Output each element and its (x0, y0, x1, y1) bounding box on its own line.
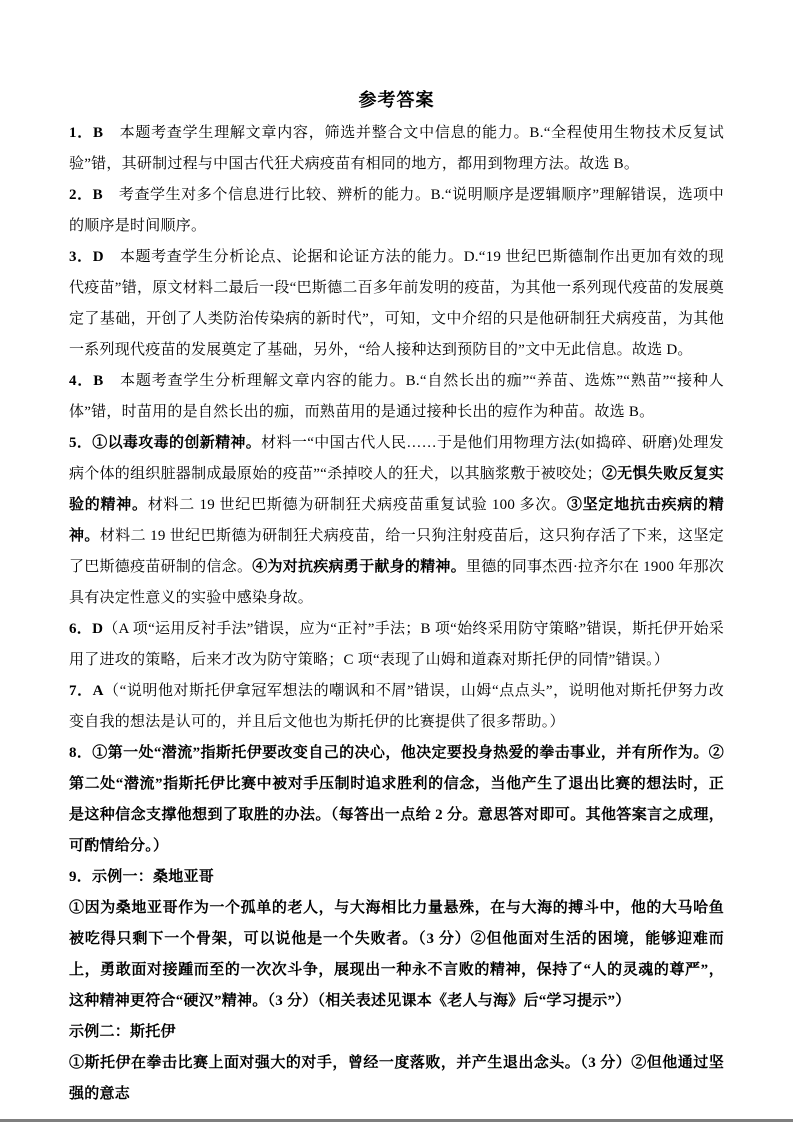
document-page: 参考答案 1．B 本题考查学生理解文章内容，筛选并整合文中信息的能力。B.“全程… (0, 0, 793, 1122)
answer-paragraph: 2．B 考查学生对多个信息进行比较、辨析的能力。B.“说明顺序是逻辑顺序”理解错… (69, 180, 724, 242)
answer-paragraph: 8．①第一处“潜流”指斯托伊要改变自己的决心，他决定要投身热爱的拳击事业，并有所… (69, 738, 724, 862)
bold-text-run: ①因为桑地亚哥作为一个孤单的老人，与大海相比力量悬殊，在与大海的搏斗中，他的大马… (69, 900, 724, 1009)
answer-paragraph: ①因为桑地亚哥作为一个孤单的老人，与大海相比力量悬殊，在与大海的搏斗中，他的大马… (69, 893, 724, 1017)
answer-paragraph: 9．示例一：桑地亚哥 (69, 862, 724, 893)
answer-paragraph: 6．D（A 项“运用反衬手法”错误，应为“正衬”手法；B 项“始终采用防守策略”… (69, 614, 724, 676)
answer-paragraph: 3．D 本题考查学生分析论点、论据和论证方法的能力。D.“19 世纪巴斯德制作出… (69, 242, 724, 366)
text-run: 本题考查学生分析论点、论据和论证方法的能力。D.“19 世纪巴斯德制作出更加有效… (69, 249, 724, 358)
text-run: （“说明他对斯托伊拿冠军想法的嘲讽和不屑”错误，山姆“点点头”，说明他对斯托伊努… (69, 683, 724, 730)
bold-text-run: 3．D (69, 249, 104, 265)
bold-text-run: 4．B (69, 373, 104, 389)
document-body: 1．B 本题考查学生理解文章内容，筛选并整合文中信息的能力。B.“全程使用生物技… (69, 118, 724, 1110)
answer-paragraph: 5．①以毒攻毒的创新精神。材料一“中国古代人民……于是他们用物理方法(如捣碎、研… (69, 428, 724, 614)
document-title: 参考答案 (69, 88, 724, 112)
bold-text-run: 6．D (69, 621, 103, 637)
text-run: 本题考查学生理解文章内容，筛选并整合文中信息的能力。B.“全程使用生物技术反复试… (69, 125, 724, 172)
bold-text-run: 9．示例一：桑地亚哥 (69, 869, 214, 885)
bold-text-run: ④为对抗疾病勇于献身的精神。 (252, 559, 466, 575)
text-run: （A 项“运用反衬手法”错误，应为“正衬”手法；B 项“始终采用防守策略”错误，… (69, 621, 724, 668)
answer-paragraph: 7．A（“说明他对斯托伊拿冠军想法的嘲讽和不屑”错误，山姆“点点头”，说明他对斯… (69, 676, 724, 738)
bold-text-run: 1．B (69, 125, 103, 141)
bold-text-run: 5．①以毒攻毒的创新精神。 (69, 435, 261, 451)
answer-paragraph: 1．B 本题考查学生理解文章内容，筛选并整合文中信息的能力。B.“全程使用生物技… (69, 118, 724, 180)
text-run: 材料二 19 世纪巴斯德为研制狂犬病疫苗重复试验 100 多次。 (148, 497, 567, 513)
bold-text-run: 8．①第一处“潜流”指斯托伊要改变自己的决心，他决定要投身热爱的拳击事业，并有所… (69, 745, 724, 854)
text-run: 本题考查学生分析理解文章内容的能力。B.“自然长出的痂”“养苗、选炼”“熟苗”“… (69, 373, 724, 420)
bold-text-run: 示例二：斯托伊 (69, 1024, 176, 1040)
bold-text-run: ①斯托伊在拳击比赛上面对强大的对手，曾经一度落败，并产生退出念头。（3 分）②但… (69, 1055, 724, 1102)
text-run: 考查学生对多个信息进行比较、辨析的能力。B.“说明顺序是逻辑顺序”理解错误，选项… (69, 187, 724, 234)
answer-paragraph: ①斯托伊在拳击比赛上面对强大的对手，曾经一度落败，并产生退出念头。（3 分）②但… (69, 1048, 724, 1110)
answer-paragraph: 4．B 本题考查学生分析理解文章内容的能力。B.“自然长出的痂”“养苗、选炼”“… (69, 366, 724, 428)
answer-paragraph: 示例二：斯托伊 (69, 1017, 724, 1048)
bold-text-run: 2．B (69, 187, 103, 203)
bold-text-run: 7．A (69, 683, 104, 699)
